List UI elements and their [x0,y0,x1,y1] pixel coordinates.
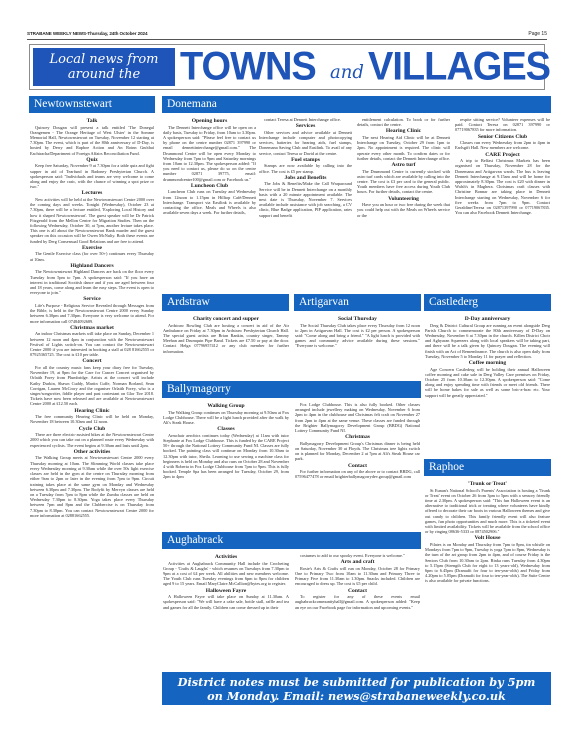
article-body: Stamps are now available by calling into… [259,163,352,173]
article-body: Life's Purpose - Religious Service Revea… [30,303,154,324]
article-body: contact Teresa at Dennett Interchange of… [259,117,352,122]
article-heading: Jobs and Benefits [259,175,352,182]
banner-tagline: Local news from around the [33,48,175,86]
article-heading: Coffee morning [425,360,550,367]
article-body: respite sitting service? Volunteer expen… [455,117,550,133]
article-heading: Exercise [30,245,154,252]
article-heading: Arts and craft [295,559,420,566]
aughabrack-column-1: Activities Activities at Aughabrack Comm… [163,553,289,610]
article-heading: 'Trunk or Treat' [425,481,550,488]
submission-notice-line1: District notes must be submitted for pub… [162,675,551,689]
donemana-column-2: contact Teresa at Dennett Interchange of… [259,117,352,218]
article-body: For all the country music fans keep your… [30,365,154,407]
article-body: The Dennett Interchange office will be o… [163,125,256,182]
article-heading: Walking Group [163,403,289,410]
article-body: For further information on any of the ab… [295,469,420,479]
aughabrack-column-2: costumes to add to our spooky event. Eve… [295,553,420,610]
article-heading: Opening hours [163,118,256,125]
article-body: costumes to add to our spooky event. Eve… [295,553,420,558]
article-heading: Luncheon Club [163,183,256,190]
section-header-ballymagorry: Ballymagorry [162,381,421,398]
article-body: Classes run every Wednesday from 2pm to … [455,140,550,150]
article-heading: Halloween Fayre [163,588,289,595]
section-header-aughabrack: Aughabrack [162,532,421,549]
section-header-castlederg: Castlederg [424,294,551,311]
castlederg-column: D-Day anniversary Derg & District Cultur… [425,315,550,398]
article-heading: Quiz [30,157,154,164]
article-heading: Astro turf [357,162,450,169]
article-body: The next Hearing Aid Clinic will be at D… [357,135,450,161]
article-heading: Contact [295,463,420,470]
article-body: The Walking Group meets at Newtownstewar… [30,455,154,517]
banner-and: and [330,52,364,94]
article-heading: Senior Citizens Club [455,134,550,141]
section-header-ardstraw: Ardstraw [162,294,289,311]
banner-tagline-line2: around the [33,67,175,82]
article-body: The Jobs & Benefits/Make the Call Wrapar… [259,181,352,217]
article-heading: Cycle Club [30,426,154,433]
article-heading: Social Thursday [295,316,420,323]
article-body: Ardstraw Bowling Club are hosting a conc… [163,323,289,354]
article-body: Luncheon Club runs on Tuesday and Wednes… [163,189,256,215]
section-header-artigarvan: Artigarvan [294,294,421,311]
section-header-newtownstewart: Newtownstewart [29,96,155,113]
article-heading: Hearing Clinic [30,408,154,415]
article-body: The Social Thursday Club takes place eve… [295,323,420,349]
raphoe-column: 'Trunk or Treat' St Eunan's National Sch… [425,480,550,584]
article-body: Have you an hour or two free during the … [357,202,450,218]
article-heading: Volunteering [357,196,450,203]
article-body: New activities will be held at the Newto… [30,197,154,244]
article-body: Keep free Saturday, November 9 at 7.30pm… [30,163,154,189]
banner-tagline-line1: Local news from [33,52,175,67]
article-body: There are three electric-assisted bikes … [30,432,154,448]
article-heading: D-Day anniversary [425,316,550,323]
newtownstewart-column: Talk Quincey Dougan will present a talk … [30,117,154,518]
article-body: Ballymagorry Development Group's Christm… [295,441,420,462]
article-heading: Hearing Clinic [357,128,450,135]
article-heading: Services [259,123,352,130]
article-body: Age Concern Castlederg will be holding t… [425,367,550,398]
towns-villages-banner: Local news from around the TOWNS and VIL… [29,44,545,90]
page-number: Page 15 [528,31,547,37]
article-heading: Highland Dancers [30,263,154,270]
article-heading: Fuel stamps [259,157,352,164]
donemana-column-4: respite sitting service? Volunteer expen… [455,117,550,215]
article-heading: CARE Project [455,152,550,159]
article-body: The free community Hearing Clinic will b… [30,414,154,424]
article-heading: Service [30,296,154,303]
banner-towns: TOWNS [180,46,316,88]
article-body: Other services and advice available at D… [259,130,352,156]
ballymagorry-column-2: Fox Lodge Clubhouse. This is also fully … [295,402,420,480]
article-body: Armchair aerobics continues today (Wedne… [163,433,289,480]
ardstraw-column: Charity concert and supper Ardstraw Bowl… [163,315,289,354]
article-body: Derg & District Cultural Group are runni… [425,323,550,359]
article-body: Activities at Aughabrack Community Hall … [163,561,289,587]
section-header-donemana: Donemana [162,96,551,113]
banner-villages: VILLAGES [368,46,550,88]
article-heading: Talk [30,118,154,125]
article-heading: Lectures [30,190,154,197]
page-header: STRABANE WEEKLY NEWS-Thursday, 24th Octo… [27,30,547,40]
donemana-column-1: Opening hours The Dennett Interchange of… [163,117,256,215]
article-heading: Charity concert and supper [163,316,289,323]
article-body: Rosie's Arts & Crafts will run on Monday… [295,566,420,587]
publication-dateline: STRABANE WEEKLY NEWS-Thursday, 24th Octo… [27,31,147,36]
article-body: entitlement calculation. To book or for … [357,117,450,127]
article-body: To register for any of these events emai… [295,594,420,610]
article-heading: Activities [163,554,289,561]
article-heading: Contact [295,588,420,595]
article-body: Quincey Dougan will present a talk entit… [30,125,154,156]
article-body: The Drummond Centre is currently stocked… [357,169,450,195]
artigarvan-column: Social Thursday The Social Thursday Club… [295,315,420,349]
article-body: A Halloween Fayre will take place on Sun… [163,594,289,610]
ballymagorry-column-1: Walking Group The Walking Group continue… [163,402,289,480]
article-body: A trip to Belfast Christmas Markets has … [455,158,550,215]
donemana-column-3: entitlement calculation. To book or for … [357,117,450,218]
article-heading: Classes [163,426,289,433]
article-heading: Concert [30,358,154,365]
submission-notice-line2: on Monday. Email: news@strabaneweekly.co… [162,689,551,703]
article-heading: Volt House [425,535,550,542]
article-heading: Other activities [30,449,154,456]
article-heading: Christmas market [30,325,154,332]
article-body: The Gentle Exercise class (for over 50+)… [30,251,154,261]
article-body: St Eunan's National School's Parents' As… [425,488,550,535]
article-body: Pilates is on Monday and Thursday from 7… [425,542,550,584]
article-body: Fox Lodge Clubhouse. This is also fully … [295,402,420,433]
article-heading: Christmas [295,434,420,441]
submission-notice: District notes must be submitted for pub… [162,672,551,705]
article-body: The Newtownstewart Highland Dancers are … [30,269,154,295]
article-body: The Walking Group continues on Thursday … [163,410,289,426]
article-body: An indoor Christmas markets will take pl… [30,331,154,357]
section-header-raphoe: Raphoe [424,459,551,476]
